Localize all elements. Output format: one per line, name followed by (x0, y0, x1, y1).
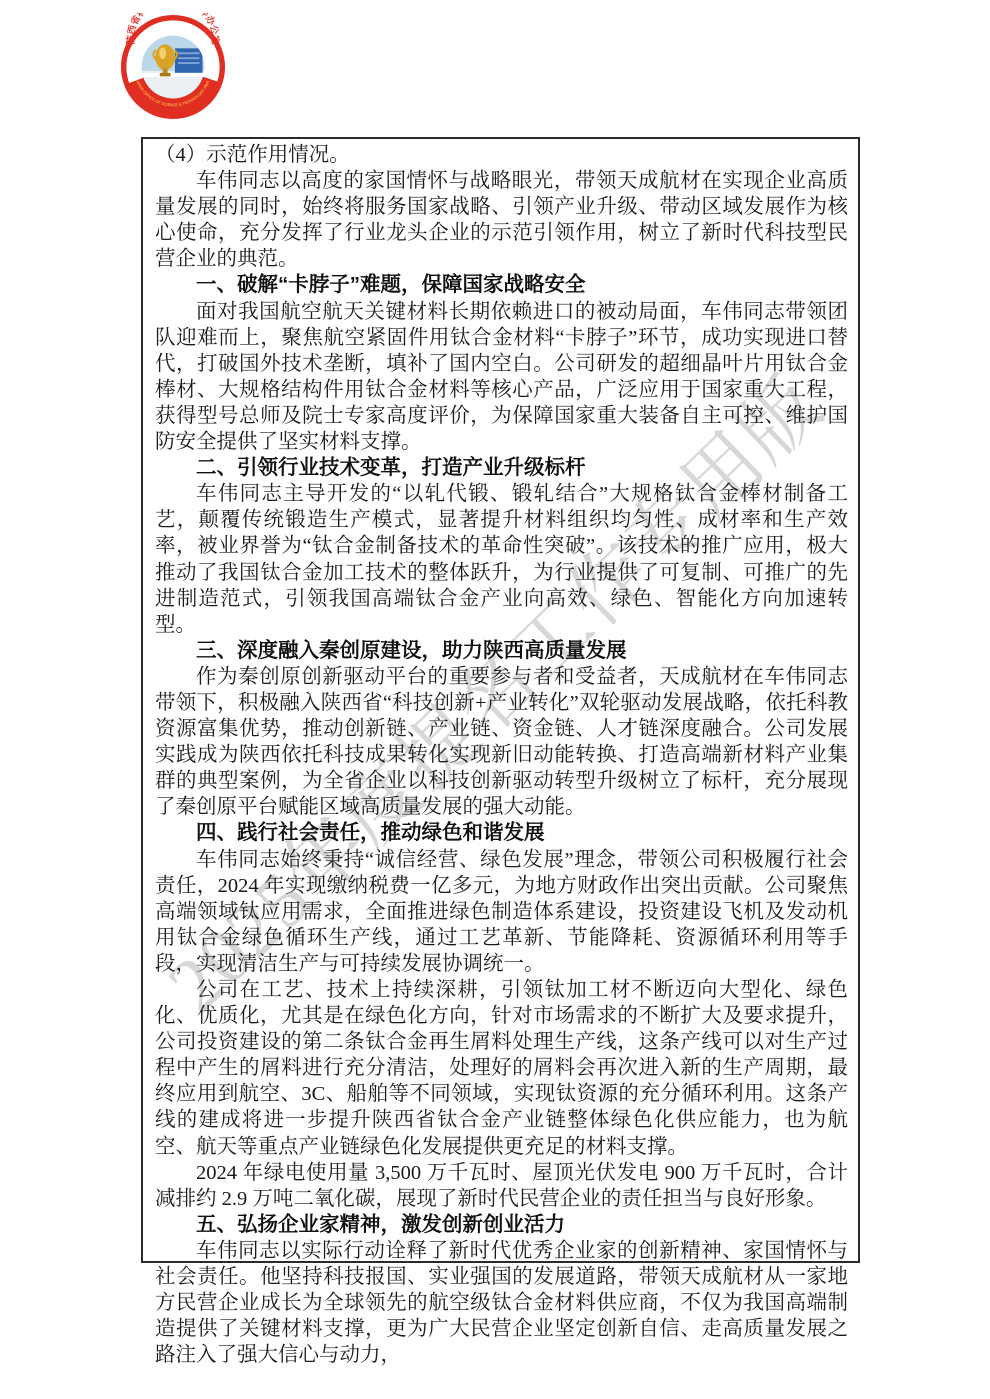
section-2-heading: 二、引领行业技术变革，打造产业升级标杆 (155, 455, 848, 481)
section-5-heading: 五、弘扬企业家精神，激发创新创业活力 (155, 1212, 848, 1238)
section-4-paragraph-3: 2024 年绿电使用量 3,500 万千瓦时、屋顶光伏发电 900 万千瓦时，合… (155, 1160, 848, 1212)
org-seal-graphic: 陕西省科学技术奖励工作办公室 SHAANXI OFFICE OF SCIENCE… (119, 13, 227, 121)
section-4-heading: 四、践行社会责任，推动绿色和谐发展 (155, 820, 848, 846)
section-3-paragraph: 作为秦创原创新驱动平台的重要参与者和受益者，天成航材在车伟同志带领下，积极融入陕… (155, 664, 848, 821)
building-window-row (178, 52, 200, 54)
section-2-paragraph: 车伟同志主导开发的“以轧代锻、锻轧结合”大规格钛合金棒材制备工艺，颠覆传统锻造生… (155, 481, 848, 638)
seal-center-image (142, 36, 205, 99)
fence-strip (143, 73, 204, 77)
section-label: （4）示范作用情况。 (155, 142, 848, 168)
document-table-cell: （4）示范作用情况。 车伟同志以高度的家国情怀与战略眼光，带领天成航材在实现企业… (141, 137, 860, 1263)
building-icon (175, 48, 202, 73)
section-1-paragraph: 面对我国航空航天关键材料长期依赖进口的被动局面，车伟同志带领团队迎难而上，聚焦航… (155, 299, 848, 456)
org-seal: 陕西省科学技术奖励工作办公室 SHAANXI OFFICE OF SCIENCE… (119, 13, 227, 121)
section-3-heading: 三、深度融入秦创原建设，助力陕西高质量发展 (155, 638, 848, 664)
section-4-paragraph-1: 车伟同志始终秉持“诚信经营、绿色发展”理念，带领公司积极履行社会责任，2024 … (155, 847, 848, 977)
section-5-paragraph: 车伟同志以实际行动诠释了新时代优秀企业家的创新精神、家国情怀与社会责任。他坚持科… (155, 1238, 848, 1368)
building-window-row (178, 62, 200, 64)
section-4-paragraph-2: 公司在工艺、技术上持续深耕，引领钛加工材不断迈向大型化、绿色化、优质化，尤其是在… (155, 977, 848, 1160)
building-window-row (178, 57, 200, 59)
intro-paragraph: 车伟同志以高度的家国情怀与战略眼光，带领天成航材在实现企业高质量发展的同时，始终… (155, 168, 848, 272)
section-1-heading: 一、破解“卡脖子”难题，保障国家战略安全 (155, 272, 848, 298)
